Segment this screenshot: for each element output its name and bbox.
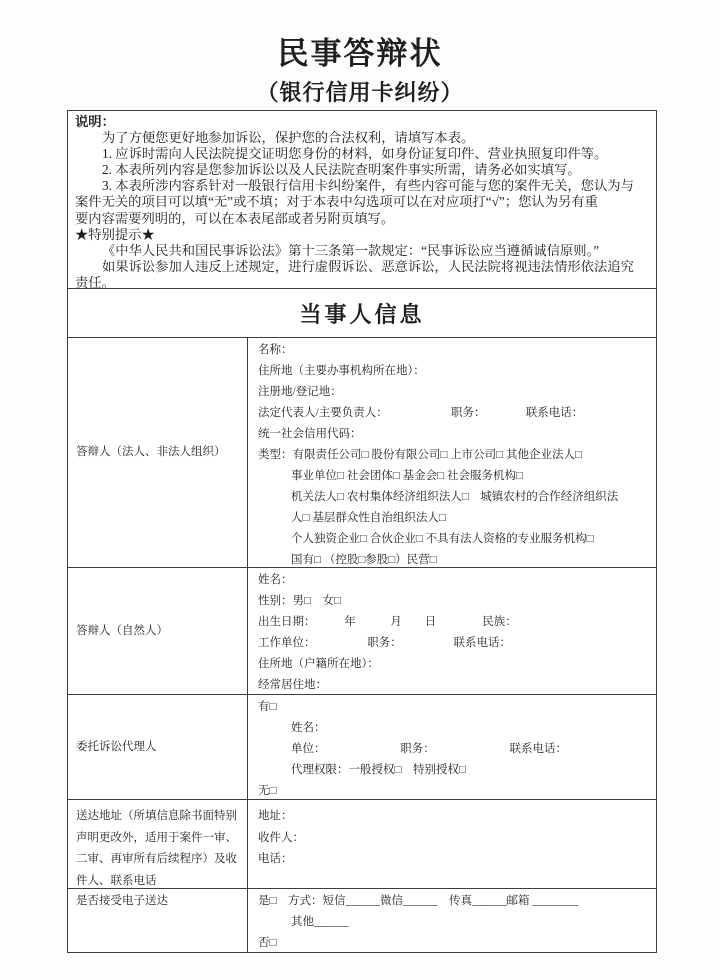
form-line: 事业单位□ 社会团体□ 基金会□ 社会服务机构□ (258, 466, 646, 487)
form-line: 性别：男□ 女□ (258, 591, 646, 612)
form-line: 住所地（主要办事机构所在地）： (258, 361, 646, 382)
form-line: 机关法人□ 农村集体经济组织法人□ 城镇农村的合作经济组织法 (258, 487, 646, 508)
form-line: 地址： (258, 806, 646, 828)
notice-line: 《中华人民共和国民事诉讼法》第十三条第一款规定：“民事诉讼应当遵循诚信原则。” (75, 243, 649, 259)
notice-line: 要内容需要列明的，可以在本表尾部或者另附页填写。 (75, 211, 649, 227)
form-line: 工作单位： 职务： 联系电话： (258, 633, 646, 654)
form-line: 经常居住地： (258, 675, 646, 694)
row-content-delivery-address: 地址：收件人：电话： (248, 800, 656, 888)
row-content-respondent-individual: 姓名：性别：男□ 女□出生日期： 年 月 日 民族：工作单位： 职务： 联系电话… (248, 568, 656, 694)
form-line: 无□ (258, 781, 646, 799)
row-litigation-agent: 委托诉讼代理人 有□姓名：单位： 职务： 联系电话：代理权限：一般授权□ 特别授… (68, 694, 656, 799)
form-line: 电话： (258, 849, 646, 871)
form-line: 代理权限：一般授权□ 特别授权□ (258, 760, 646, 781)
notice-line: 1. 应诉时需向人民法院提交证明您身份的材料，如身份证复印件、营业执照复印件等。 (75, 146, 649, 162)
notice-line: 2. 本表所列内容是您参加诉讼以及人民法院查明案件事实所需，请务必如实填写。 (75, 162, 649, 178)
document-subtitle: （银行信用卡纠纷） (0, 76, 720, 107)
notice-line: 3. 本表所涉内容系针对一般银行信用卡纠纷案件，有些内容可能与您的案件无关，您认… (75, 178, 649, 194)
notice-line: ★特别提示★ (75, 227, 649, 243)
form-line: 法定代表人/主要负责人： 职务： 联系电话： (258, 403, 646, 424)
row-respondent-individual: 答辩人（自然人） 姓名：性别：男□ 女□出生日期： 年 月 日 民族：工作单位：… (68, 567, 656, 694)
row-content-electronic-delivery: 是□ 方式：短信______微信______ 传真______邮箱 ______… (248, 889, 656, 952)
row-respondent-organization: 答辩人（法人、非法人组织） 名称：住所地（主要办事机构所在地）：注册地/登记地：… (68, 337, 656, 567)
notice-line: 如果诉讼参加人违反上述规定，进行虚假诉讼、恶意诉讼，人民法院将视违法情形依法追究 (75, 259, 649, 275)
form-line: 统一社会信用代码： (258, 424, 646, 445)
row-electronic-delivery: 是否接受电子送达 是□ 方式：短信______微信______ 传真______… (68, 888, 656, 952)
form-line: 单位： 职务： 联系电话： (258, 739, 646, 760)
form-line: 否□ (258, 933, 646, 952)
row-label-respondent-individual: 答辩人（自然人） (68, 568, 248, 694)
row-label-litigation-agent: 委托诉讼代理人 (68, 695, 248, 799)
form-table: 说明：为了方便您更好地参加诉讼，保护您的合法权利，请填写本表。1. 应诉时需向人… (67, 110, 657, 953)
form-line: 个人独资企业□ 合伙企业□ 不具有法人资格的专业服务机构□ (258, 529, 646, 550)
row-content-respondent-organization: 名称：住所地（主要办事机构所在地）：注册地/登记地：法定代表人/主要负责人： 职… (248, 338, 656, 567)
row-label-respondent-organization: 答辩人（法人、非法人组织） (68, 338, 248, 567)
form-line: 是□ 方式：短信______微信______ 传真______邮箱 ______… (258, 891, 646, 912)
form-line: 姓名： (258, 718, 646, 739)
form-line: 其他______ (258, 912, 646, 933)
row-label-electronic-delivery: 是否接受电子送达 (68, 889, 248, 952)
form-line: 人□ 基层群众性自治组织法人□ (258, 508, 646, 529)
form-line: 有□ (258, 697, 646, 718)
row-label-delivery-address: 送达地址（所填信息除书面特别声明更改外，适用于案件一审、二审、再审所有后续程序）… (68, 800, 248, 888)
form-line: 注册地/登记地： (258, 382, 646, 403)
document-title: 民事答辩状 (0, 28, 720, 73)
row-content-litigation-agent: 有□姓名：单位： 职务： 联系电话：代理权限：一般授权□ 特别授权□无□ (248, 695, 656, 799)
party-info-header: 当事人信息 (68, 288, 656, 337)
form-line: 姓名： (258, 570, 646, 591)
notice-line: 案件无关的项目可以填“无”或不填；对于本表中勾选项可以在对应项打“√”；您认为另… (75, 194, 649, 210)
form-line: 类型：有限责任公司□ 股份有限公司□ 上市公司□ 其他企业法人□ (258, 445, 646, 466)
row-delivery-address: 送达地址（所填信息除书面特别声明更改外，适用于案件一审、二审、再审所有后续程序）… (68, 799, 656, 888)
form-line: 名称： (258, 340, 646, 361)
form-line: 出生日期： 年 月 日 民族： (258, 612, 646, 633)
notice-line: 为了方便您更好地参加诉讼，保护您的合法权利，请填写本表。 (75, 130, 649, 146)
form-line: 收件人： (258, 828, 646, 850)
notice-line: 说明： (75, 114, 649, 130)
form-line: 住所地（户籍所在地）： (258, 654, 646, 675)
notice-line: 责任。 (75, 275, 649, 288)
form-line: 国有□ （控股□参股□）民营□ (258, 550, 646, 567)
notice-section: 说明：为了方便您更好地参加诉讼，保护您的合法权利，请填写本表。1. 应诉时需向人… (68, 111, 656, 288)
